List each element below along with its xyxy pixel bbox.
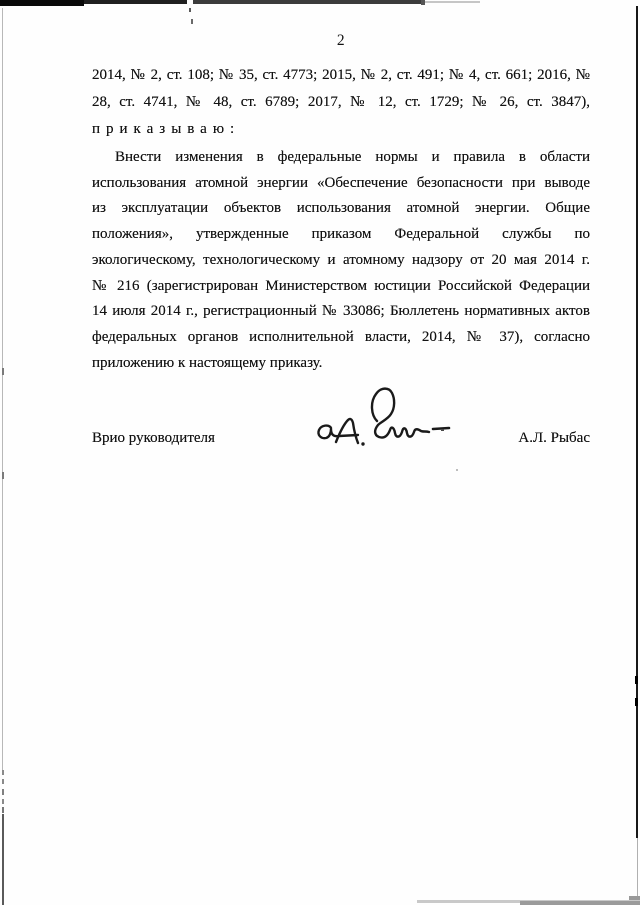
- scan-right-edge: [636, 6, 638, 838]
- scan-right-edge-faint: [637, 838, 638, 898]
- scan-left-edge-dash: [2, 779, 4, 784]
- text-line: 14 июля 2014 г., регистрационный № 33086…: [92, 299, 590, 325]
- paragraph-continuation: 2014, № 2, ст. 108; № 35, ст. 4773; 2015…: [92, 62, 590, 143]
- text-line: № 216 (зарегистрирован Министерством юст…: [92, 274, 590, 300]
- text-line: из эксплуатации объектов использования а…: [92, 196, 590, 222]
- text-line: 28, ст. 4741, № 48, ст. 6789; 2017, № 12…: [92, 89, 590, 116]
- scan-left-edge-dash: [2, 770, 4, 775]
- scan-top-bar: [84, 0, 187, 4]
- text-line: Внести изменения в федеральные нормы и п…: [92, 145, 590, 171]
- scan-top-bar: [0, 0, 84, 6]
- signer-name: А.Л. Рыбас: [518, 430, 590, 447]
- scan-left-edge-dash: [2, 807, 4, 813]
- text-line: федеральных органов исполнительной власт…: [92, 325, 590, 351]
- paragraph-order: Внести изменения в федеральные нормы и п…: [92, 145, 590, 376]
- scan-speck: [441, 429, 444, 431]
- scan-right-edge-nub: [635, 698, 638, 706]
- text-line: использования атомной энергии «Обеспечен…: [92, 171, 590, 197]
- signer-title: Врио руководителя: [92, 430, 215, 447]
- handwritten-signature-icon: [300, 380, 480, 460]
- text-line: 2014, № 2, ст. 108; № 35, ст. 4773; 2015…: [92, 62, 590, 89]
- scan-speck: [189, 8, 191, 12]
- scan-top-bar: [193, 0, 421, 4]
- text-line: приложению к настоящему приказу.: [92, 351, 590, 377]
- scan-bottom-band: [520, 901, 640, 905]
- scan-left-edge-bottom: [2, 814, 4, 905]
- order-word-line: приказываю:: [92, 116, 590, 143]
- scan-speck: [191, 19, 193, 24]
- scan-left-edge-dash: [2, 799, 4, 804]
- scan-top-bar: [425, 1, 480, 3]
- scanned-document-page: 2 2014, № 2, ст. 108; № 35, ст. 4773; 20…: [0, 0, 640, 905]
- scan-right-edge-nub: [635, 676, 638, 684]
- scan-speck: [456, 469, 458, 471]
- text-line: положения», утвержденные приказом Федера…: [92, 222, 590, 248]
- scan-left-edge-tick: [2, 472, 4, 479]
- page-number: 2: [92, 33, 590, 49]
- scan-left-edge-tick: [2, 368, 4, 375]
- text-line: экологическому, технологическому и атомн…: [92, 248, 590, 274]
- scan-left-edge: [2, 8, 3, 770]
- scan-left-edge-dash: [2, 789, 4, 795]
